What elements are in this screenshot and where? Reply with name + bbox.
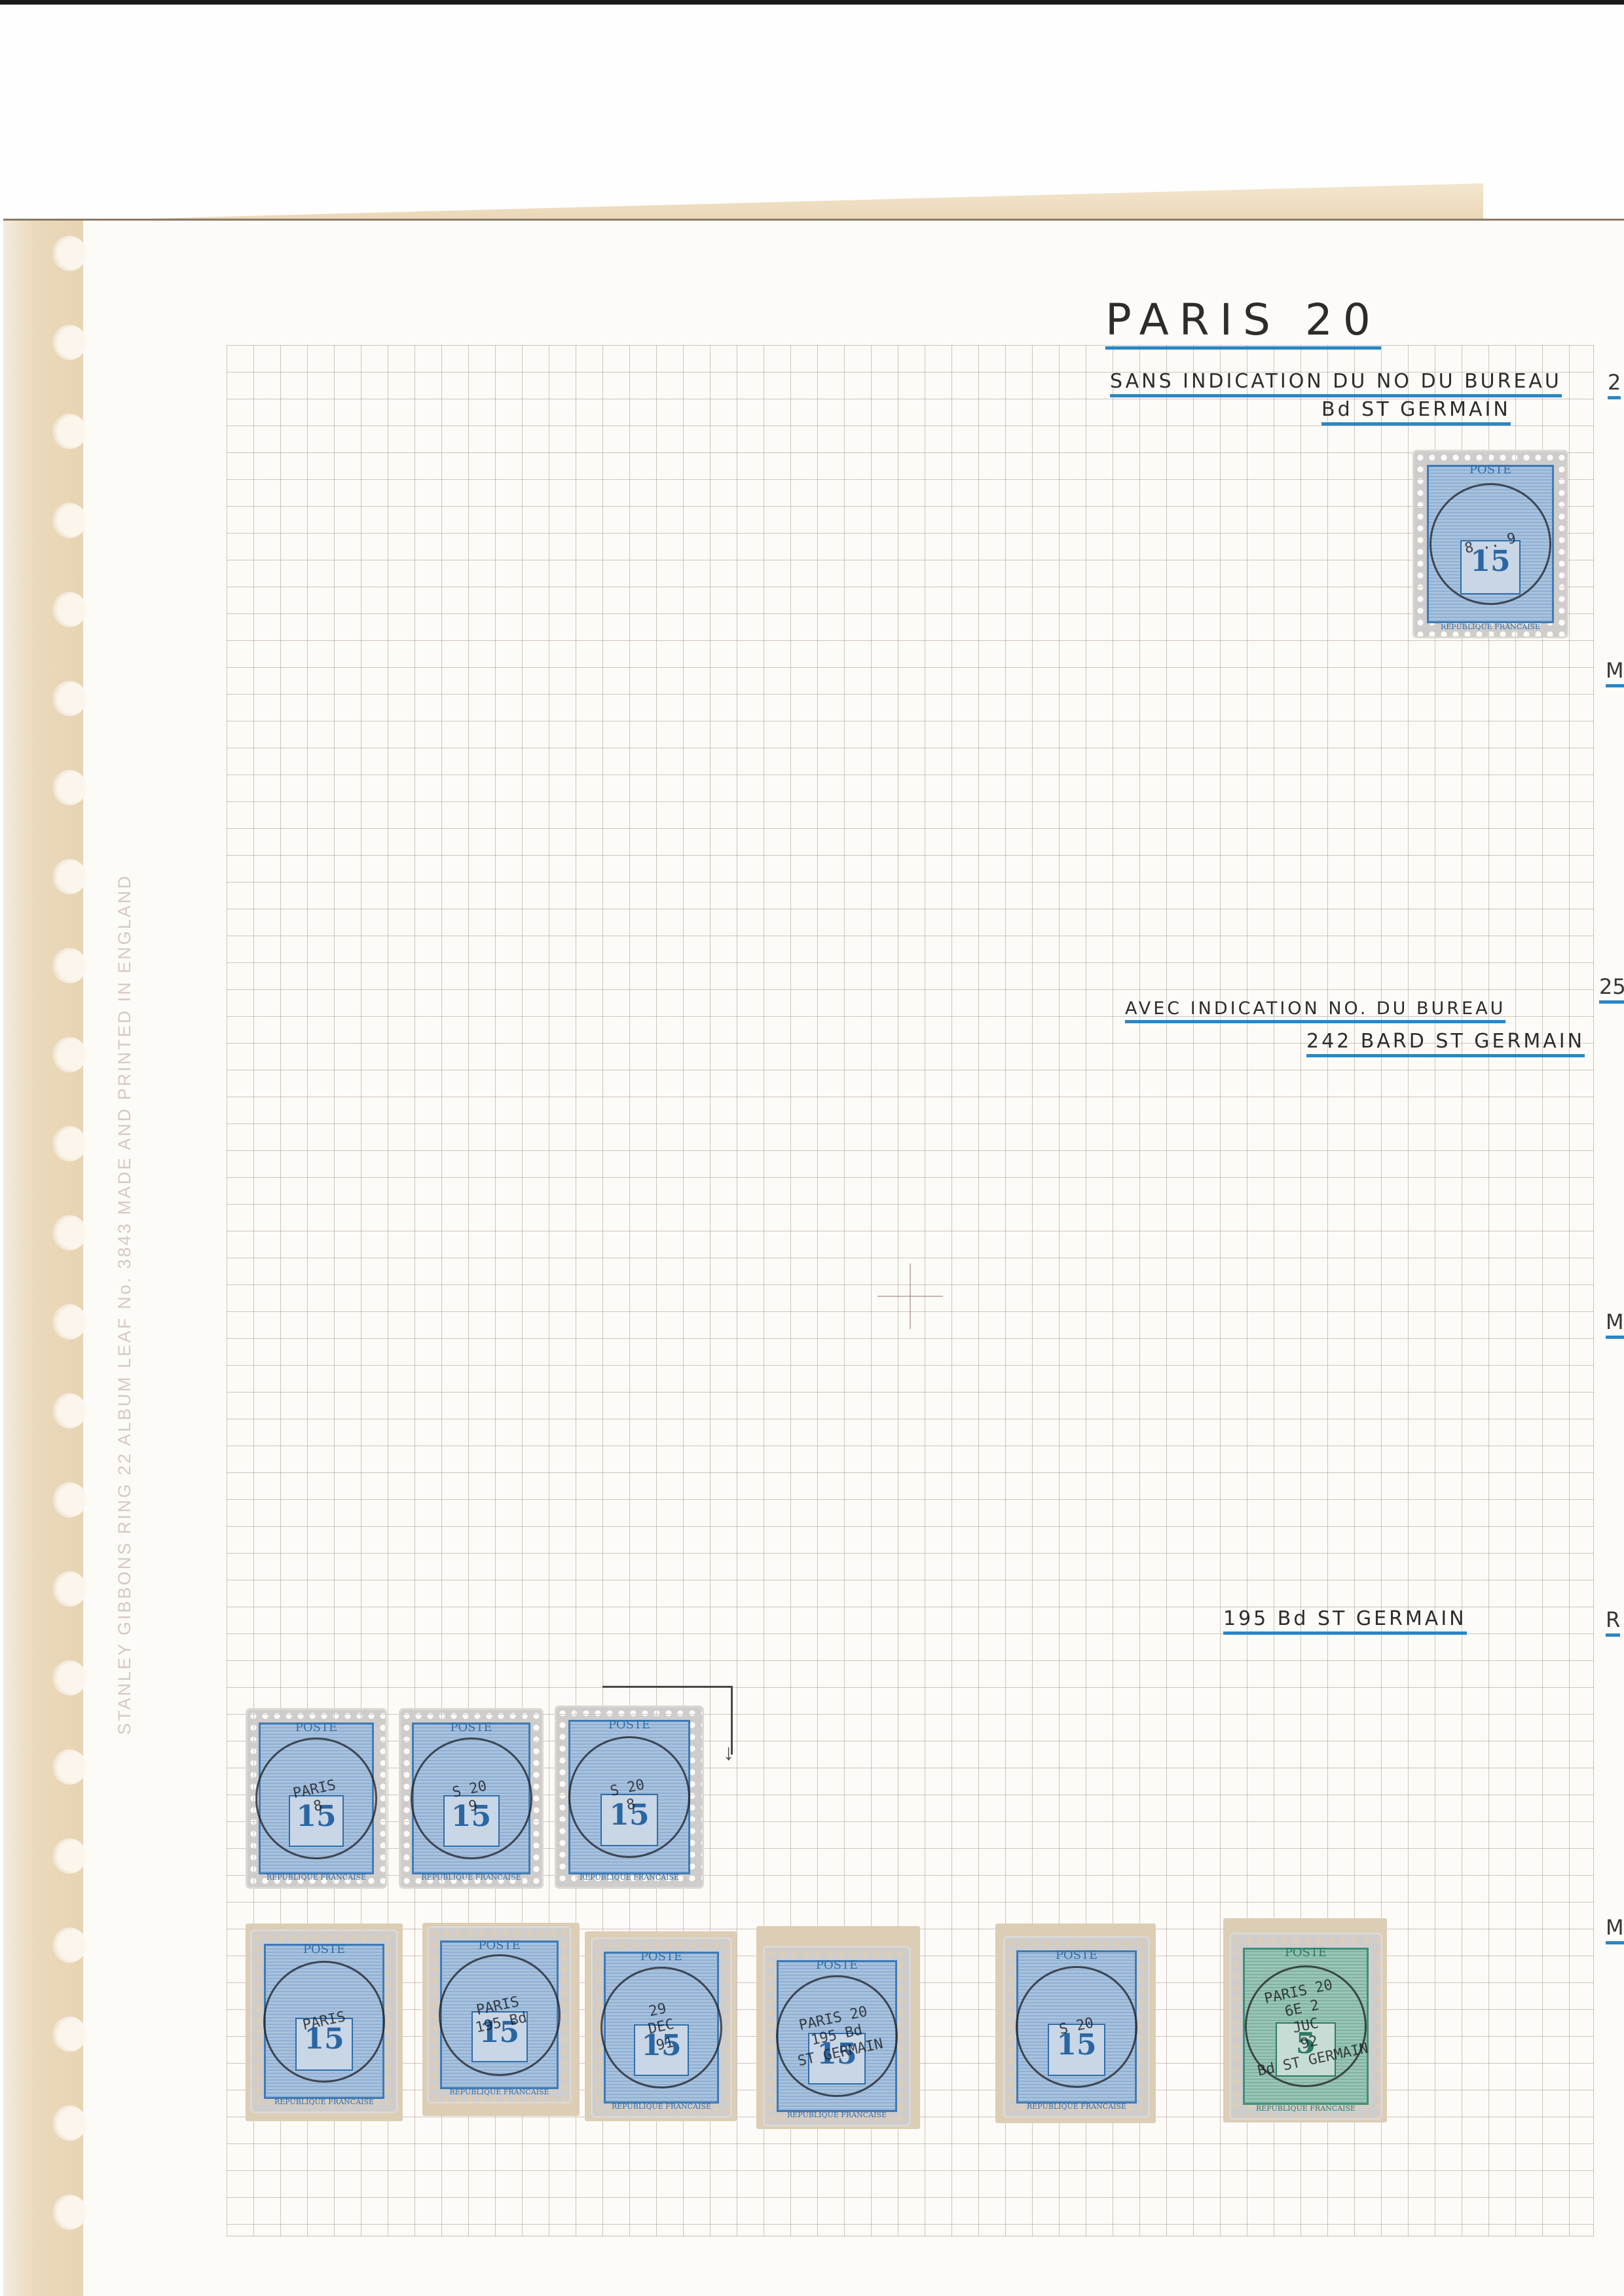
stamp: POSTE15REPUBLIQUE FRANCAISEPARIS 195 Bd — [429, 1928, 570, 2102]
right-edge-label: 25 — [1599, 974, 1624, 1004]
ring-hole — [52, 948, 86, 983]
ring-hole — [52, 859, 86, 894]
section-1-subheading: Bd ST GERMAIN — [1321, 398, 1511, 421]
stamp-single: POSTE 15 REPUBLIQUE FRANCAISE 8 .. 9 — [1414, 452, 1566, 636]
page-title: PARIS 20 — [1105, 295, 1381, 345]
section-2-subheading: 242 BARD ST GERMAIN — [1306, 1030, 1585, 1053]
ring-hole — [52, 2105, 86, 2141]
album-imprint: STANLEY GIBBONS RING 22 ALBUM LEAF No. 3… — [115, 874, 135, 1735]
section-2-heading: AVEC INDICATION NO. DU BUREAU — [1125, 998, 1505, 1019]
ring-hole — [52, 1660, 86, 1696]
right-edge-label: M — [1606, 1915, 1624, 1944]
arrow-down-icon: ↓ — [723, 1741, 734, 1764]
stamp: POSTE15REPUBLIQUE FRANCAISEPARIS — [252, 1931, 396, 2111]
stamp: POSTE15REPUBLIQUE FRANCAISES 20 9 — [401, 1710, 542, 1887]
stamp: POSTE5REPUBLIQUE FRANCAISEPARIS 20 6E 2 … — [1231, 1935, 1380, 2118]
ring-hole — [52, 1749, 86, 1785]
ring-hole — [52, 1838, 86, 1874]
scan-border — [0, 0, 1624, 5]
ring-hole — [52, 503, 86, 538]
section-1-heading: SANS INDICATION DU NO DU BUREAU — [1110, 370, 1562, 393]
stamp: POSTE15REPUBLIQUE FRANCAISEPARIS 20 195 … — [765, 1948, 909, 2124]
ring-hole — [52, 1037, 86, 1072]
ring-hole — [52, 414, 86, 449]
ring-hole — [52, 1571, 86, 1607]
ring-hole — [52, 2195, 86, 2230]
right-edge-label: M — [1606, 658, 1624, 687]
stamp: POSTE15REPUBLIQUE FRANCAISES 20 8 — [557, 1707, 702, 1887]
ring-hole — [52, 1482, 86, 1518]
ring-hole — [52, 1304, 86, 1339]
arrow-annotation — [602, 1686, 731, 1688]
ring-hole — [52, 592, 86, 627]
ring-hole — [52, 681, 86, 716]
stamp: POSTE15REPUBLIQUE FRANCAISEPARIS 8 — [248, 1710, 385, 1887]
ring-hole — [52, 770, 86, 805]
right-edge-label: M — [1606, 1309, 1624, 1339]
stamp: POSTE15REPUBLIQUE FRANCAISE29 DEC 91 — [593, 1939, 730, 2116]
center-mark — [910, 1264, 911, 1329]
ring-hole — [52, 325, 86, 360]
section-3-subheading: 195 Bd ST GERMAIN — [1223, 1607, 1467, 1630]
stamp: POSTE15REPUBLIQUE FRANCAISES 20 — [1005, 1938, 1148, 2116]
ring-hole — [52, 1393, 86, 1429]
ring-hole — [52, 236, 86, 271]
ring-hole — [52, 1126, 86, 1161]
right-edge-label: R — [1606, 1607, 1620, 1637]
ring-hole — [52, 1215, 86, 1250]
ring-hole — [52, 1927, 86, 1963]
ring-hole — [52, 2016, 86, 2052]
right-edge-label: 2 — [1608, 370, 1621, 399]
